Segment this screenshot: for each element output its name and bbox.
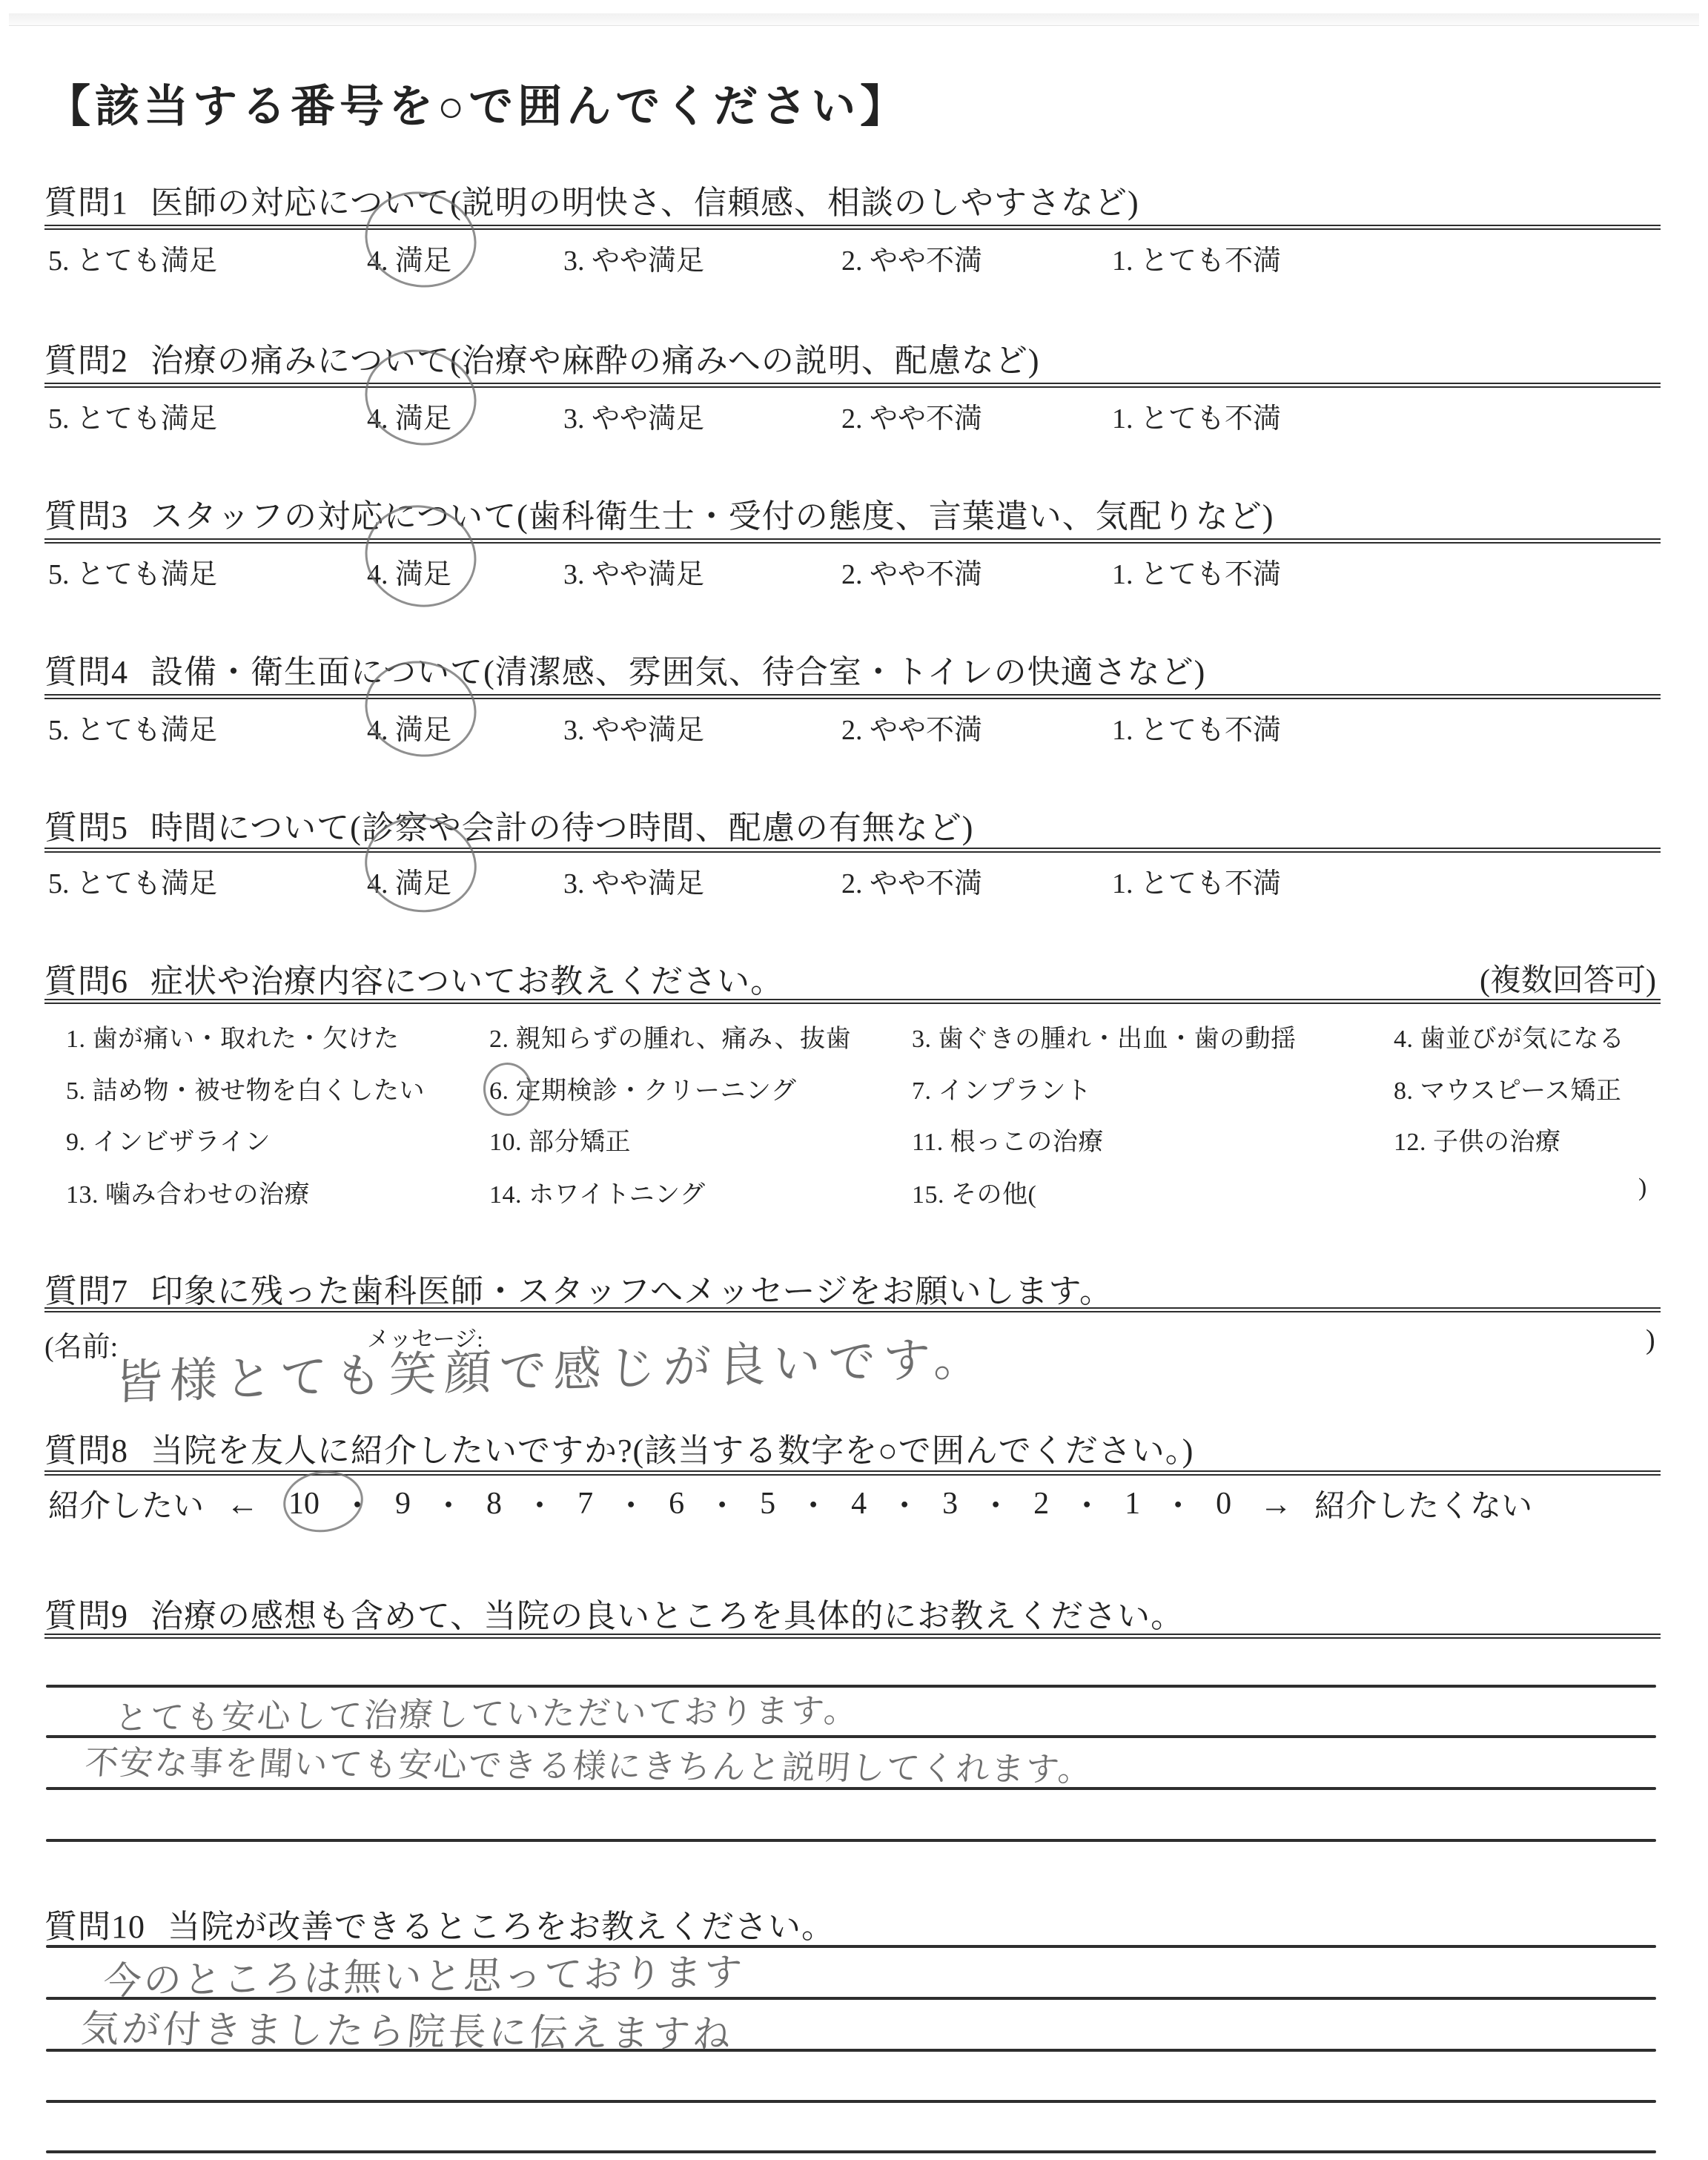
rating-option-3[interactable]: 3. やや満足	[563, 707, 704, 747]
handwritten-answer-line: 今のところは無いと思っております	[102, 1941, 746, 2005]
answer-line	[46, 1839, 1656, 1842]
rating-option-2[interactable]: 2. やや不満	[841, 237, 982, 278]
question-7: 質問7印象に残った歯科医師・スタッフへメッセージをお願いします。 (名前: メッ…	[44, 1264, 1664, 1424]
question-1: 質問1医師の対応について(説明の明快さ、信頼感、相談のしやすさなど) 5. とて…	[44, 176, 1664, 294]
question-underline	[44, 848, 1661, 853]
rating-option-3[interactable]: 3. やや満足	[563, 395, 704, 436]
rating-option-1[interactable]: 1. とても不満	[1112, 551, 1281, 592]
rating-option-5[interactable]: 5. とても満足	[48, 237, 217, 278]
nps-number-9[interactable]: 9	[395, 1486, 411, 1522]
q6-item-14[interactable]: 14. ホワイトニング	[489, 1174, 705, 1210]
q6-item-3[interactable]: 3. 歯ぐきの腫れ・出血・歯の動揺	[912, 1018, 1297, 1054]
q6-item-4[interactable]: 4. 歯並びが気になる	[1394, 1018, 1625, 1054]
rating-option-5[interactable]: 5. とても満足	[48, 551, 217, 592]
question-3: 質問3スタッフの対応について(歯科衛生士・受付の態度、言葉遣い、気配りなど) 5…	[44, 489, 1664, 608]
dot-separator: ・	[1071, 1482, 1102, 1526]
nps-number-5[interactable]: 5	[760, 1486, 775, 1522]
question-5: 質問5時間について(診察や会計の待つ時間、配慮の有無など) 5. とても満足 4…	[44, 801, 1664, 919]
handwritten-answer-line: 不安な事を聞いても安心できる様にきちんと説明してくれます。	[84, 1735, 1095, 1790]
rating-option-3[interactable]: 3. やや満足	[563, 860, 704, 901]
question-title: 医師の対応について(説明の明快さ、信頼感、相談のしやすさなど)	[150, 185, 1139, 221]
q6-item-10[interactable]: 10. 部分矯正	[489, 1121, 631, 1157]
right-arrow-icon: →	[1260, 1485, 1292, 1523]
close-paren: )	[1646, 1324, 1655, 1356]
question-label: 質問5	[44, 810, 128, 846]
question-10: 質問10当院が改善できるところをお教えください。 今のところは無いと思っておりま…	[44, 1900, 1664, 2159]
page-title: 【該当する番号を○で囲んでください】	[46, 71, 909, 135]
dot-separator: ・	[798, 1482, 829, 1526]
q6-item-9[interactable]: 9. インビザライン	[66, 1121, 271, 1157]
question-title: 印象に残った歯科医師・スタッフへメッセージをお願いします。	[150, 1273, 1113, 1309]
handdrawn-circle	[480, 1060, 534, 1119]
question-underline	[44, 694, 1661, 699]
nps-number-6[interactable]: 6	[669, 1486, 684, 1522]
rating-option-2[interactable]: 2. やや不満	[841, 860, 982, 901]
question-label: 質問7	[44, 1273, 128, 1309]
question-label: 質問8	[44, 1433, 128, 1469]
question-label: 質問3	[44, 498, 128, 535]
nps-number-8[interactable]: 8	[486, 1486, 502, 1522]
nps-number-4[interactable]: 4	[851, 1486, 867, 1522]
dot-separator: ・	[980, 1482, 1011, 1526]
question-title: 設備・衛生面について(清潔感、雰囲気、待合室・トイレの快適さなど)	[150, 654, 1205, 690]
question-title: 治療の感想も含めて、当院の良いところを具体的にお教えください。	[150, 1598, 1184, 1634]
question-title: スタッフの対応について(歯科衛生士・受付の態度、言葉遣い、気配りなど)	[150, 498, 1274, 535]
question-label: 質問6	[44, 963, 128, 1000]
question-underline	[44, 999, 1661, 1004]
q6-item-2[interactable]: 2. 親知らずの腫れ、痛み、抜歯	[489, 1018, 851, 1054]
rating-option-5[interactable]: 5. とても満足	[48, 395, 217, 436]
q6-item-5[interactable]: 5. 詰め物・被せ物を白くしたい	[66, 1070, 425, 1106]
answer-line	[46, 2150, 1656, 2153]
q6-item-8[interactable]: 8. マウスピース矯正	[1394, 1070, 1621, 1106]
q6-item-6[interactable]: 6. 定期検診・クリーニング	[489, 1070, 796, 1106]
question-underline	[44, 383, 1661, 388]
question-label: 質問2	[44, 343, 128, 379]
question-label: 質問9	[44, 1598, 128, 1634]
rating-option-1[interactable]: 1. とても不満	[1112, 237, 1281, 278]
q6-item-11[interactable]: 11. 根っこの治療	[912, 1121, 1104, 1157]
question-title: 時間について(診察や会計の待つ時間、配慮の有無など)	[150, 810, 973, 846]
handwritten-answer-line: とても安心して治療していただいております。	[113, 1683, 861, 1740]
recommend-label: 紹介したい	[48, 1482, 204, 1526]
name-field-label: (名前:	[44, 1332, 118, 1363]
scan-artifact-band	[9, 13, 1699, 26]
dot-separator: ・	[433, 1482, 464, 1526]
handwritten-answer-line: 気が付きましたら院長に伝えますね	[79, 1998, 736, 2058]
question-underline	[44, 1634, 1661, 1639]
question-2: 質問2治療の痛みについて(治療や麻酔の痛みへの説明、配慮など) 5. とても満足…	[44, 334, 1664, 452]
question-underline	[44, 1470, 1661, 1476]
rating-option-5[interactable]: 5. とても満足	[48, 860, 217, 901]
question-label: 質問4	[44, 654, 128, 690]
q6-other-close-paren: )	[1638, 1174, 1647, 1202]
rating-option-2[interactable]: 2. やや不満	[841, 707, 982, 747]
question-title: 当院が改善できるところをお教えください。	[168, 1909, 835, 1945]
q6-item-15[interactable]: 15. その他(	[912, 1174, 1036, 1210]
q6-item-1[interactable]: 1. 歯が痛い・取れた・欠けた	[66, 1018, 400, 1054]
question-4: 質問4設備・衛生面について(清潔感、雰囲気、待合室・トイレの快適さなど) 5. …	[44, 645, 1664, 764]
dot-separator: ・	[889, 1482, 920, 1526]
handdrawn-circle	[279, 1466, 367, 1537]
question-label: 質問10	[44, 1909, 145, 1945]
survey-page: 【該当する番号を○で囲んでください】 質問1医師の対応について(説明の明快さ、信…	[0, 0, 1708, 2160]
nps-number-3[interactable]: 3	[942, 1486, 958, 1522]
question-9: 質問9治療の感想も含めて、当院の良いところを具体的にお教えください。 とても安心…	[44, 1589, 1664, 1871]
not-recommend-label: 紹介したくない	[1314, 1482, 1532, 1526]
rating-option-1[interactable]: 1. とても不満	[1112, 395, 1281, 436]
dot-separator: ・	[706, 1482, 738, 1526]
left-arrow-icon: ←	[226, 1485, 259, 1523]
multi-answer-note: (複数回答可)	[1480, 956, 1656, 1000]
dot-separator: ・	[1162, 1482, 1194, 1526]
question-label: 質問1	[44, 185, 128, 221]
question-6: 質問6症状や治療内容についてお教えください。 (複数回答可) 1. 歯が痛い・取…	[44, 954, 1664, 1236]
dot-separator: ・	[615, 1482, 646, 1526]
nps-number-1[interactable]: 1	[1125, 1486, 1140, 1522]
nps-scale-row: 紹介したい ← 10 ・ 9 ・ 8 ・ 7 ・ 6 ・ 5 ・ 4 ・ 3 ・…	[48, 1482, 1532, 1526]
dot-separator: ・	[524, 1482, 555, 1526]
q6-item-13[interactable]: 13. 噛み合わせの治療	[66, 1174, 310, 1210]
answer-line	[46, 2100, 1656, 2103]
question-title: 当院を友人に紹介したいですか?(該当する数字を○で囲んでください。)	[150, 1433, 1194, 1469]
question-underline	[44, 538, 1661, 544]
rating-option-2[interactable]: 2. やや不満	[841, 395, 982, 436]
question-8: 質問8当院を友人に紹介したいですか?(該当する数字を○で囲んでください。) 紹介…	[44, 1424, 1664, 1527]
question-title: 症状や治療内容についてお教えください。	[150, 963, 784, 1000]
nps-number-7[interactable]: 7	[577, 1486, 593, 1522]
nps-number-2[interactable]: 2	[1033, 1486, 1049, 1522]
rating-option-1[interactable]: 1. とても不満	[1112, 707, 1281, 747]
nps-number-0[interactable]: 0	[1216, 1486, 1231, 1522]
rating-option-3[interactable]: 3. やや満足	[563, 237, 704, 278]
q6-item-7[interactable]: 7. インプラント	[912, 1070, 1092, 1106]
q6-item-12[interactable]: 12. 子供の治療	[1394, 1121, 1561, 1157]
rating-option-2[interactable]: 2. やや不満	[841, 551, 982, 592]
question-title: 治療の痛みについて(治療や麻酔の痛みへの説明、配慮など)	[150, 343, 1040, 379]
question-underline	[44, 225, 1661, 230]
rating-option-5[interactable]: 5. とても満足	[48, 707, 217, 747]
rating-option-3[interactable]: 3. やや満足	[563, 551, 704, 592]
question-underline	[44, 1307, 1661, 1312]
rating-option-1[interactable]: 1. とても不満	[1112, 860, 1281, 901]
